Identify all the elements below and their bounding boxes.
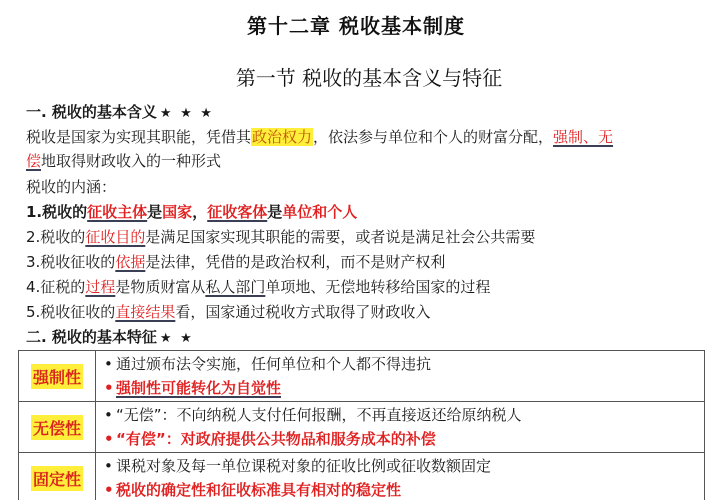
bullet-icon: • [104,376,116,400]
item-text: 是法律，凭借的是政治权利，而不是财产权利 [145,253,445,271]
bullet-item-key: •税收的确定性和征收标准具有相对的稳定性 [96,478,704,500]
key-term-2: 征收客体 [207,203,267,221]
highlight-political-power: 政治权力 [251,128,313,146]
item-text: 是 [147,203,162,221]
definition-text-end: 地取得财政收入的一种形式 [41,152,221,170]
bullet-icon: • [104,403,116,427]
definition-text: 税收是国家为实现其职能，凭借其 [26,128,251,146]
table-row: 固定性 •课税对象及每一单位课税对象的征收比例或征收数额固定 •税收的确定性和征… [19,453,705,500]
features-table: 强制性 •通过颁布法令实施，任何单位和个人都不得违抗 •强制性可能转化为自觉性 … [18,350,705,500]
connotation-item-3: 3.税收征收的依据是法律，凭借的是政治权利，而不是财产权利 [26,251,445,273]
bullet-text: 税收的确定性和征收标准具有相对的稳定性 [116,481,401,499]
item-text: 是物质财富从 [115,278,205,296]
bullet-text: 通过颁布法令实施，任何单位和个人都不得违抗 [116,355,431,373]
bullet-icon: • [104,352,116,376]
bullet-item: •课税对象及每一单位课税对象的征收比例或征收数额固定 [96,454,704,478]
feature-name-cell: 无偿性 [19,402,96,453]
key-term: 过程 [85,278,115,296]
item-prefix: 1.税收的 [26,203,87,221]
connotation-item-4: 4.征税的过程是物质财富从私人部门单项地、无偿地转移给国家的过程 [26,276,490,298]
definition-line-1: 税收是国家为实现其职能，凭借其政治权力，依法参与单位和个人的财富分配，强制、无 [26,126,613,148]
bullet-text: “有偿”：对政府提供公共物品和服务成本的补偿 [116,430,436,448]
bullet-item-key: •“有偿”：对政府提供公共物品和服务成本的补偿 [96,427,704,451]
bullet-icon: • [104,478,116,500]
section-title: 第一节 税收的基本含义与特征 [0,62,712,91]
item-prefix: 4.征税的 [26,278,85,296]
bullet-icon: • [104,427,116,451]
item-prefix: 5.税收征收的 [26,303,115,321]
key-term: 依据 [115,253,145,271]
item-text: 看，国家通过税收方式取得了财政收入 [175,303,430,321]
key-term: 直接结果 [115,303,175,321]
feature-name-cell: 固定性 [19,453,96,500]
part1-heading: 一. 税收的基本含义★ ★ ★ [26,101,214,125]
part2-heading-text: 二. 税收的基本特征 [26,328,157,346]
bullet-item: •“无偿”：不向纳税人支付任何报酬，不再直接返还给原纳税人 [96,403,704,427]
feature-name: 固定性 [31,466,83,491]
item-text: 是满足国家实现其职能的需要，或者说是满足社会公共需要 [145,228,535,246]
bullet-icon: • [104,454,116,478]
bullet-text: 强制性可能转化为自觉性 [116,379,281,397]
feature-desc-cell: •“无偿”：不向纳税人支付任何报酬，不再直接返还给原纳税人 •“有偿”：对政府提… [96,402,705,453]
red-term-compensation: 偿 [26,152,41,170]
key-term: 征收目的 [85,228,145,246]
item-prefix: 3.税收征收的 [26,253,115,271]
feature-name: 无偿性 [31,415,83,440]
table-row: 强制性 •通过颁布法令实施，任何单位和个人都不得违抗 •强制性可能转化为自觉性 [19,351,705,402]
underlined-term: 私人部门 [205,278,265,296]
part2-heading: 二. 税收的基本特征★ ★ [26,326,194,350]
item-text-2: 是 [267,203,282,221]
part1-heading-text: 一. 税收的基本含义 [26,103,157,121]
stars-icon: ★ ★ [160,331,194,346]
bullet-text: “无偿”：不向纳税人支付任何报酬，不再直接返还给原纳税人 [116,406,522,424]
connotation-item-5: 5.税收征收的直接结果看，国家通过税收方式取得了财政收入 [26,301,430,323]
value-term: 国家 [162,203,192,221]
bullet-item: •通过颁布法令实施，任何单位和个人都不得违抗 [96,352,704,376]
red-term-coercive: 强制、无 [553,128,613,146]
connotation-label: 税收的内涵： [26,176,116,198]
key-term: 征收主体 [87,203,147,221]
feature-name-cell: 强制性 [19,351,96,402]
stars-icon: ★ ★ ★ [160,106,214,121]
value-term-2: 单位和个人 [282,203,357,221]
item-text-end: 单项地、无偿地转移给国家的过程 [265,278,490,296]
connotation-item-2: 2.税收的征收目的是满足国家实现其职能的需要，或者说是满足社会公共需要 [26,226,535,248]
feature-desc-cell: •课税对象及每一单位课税对象的征收比例或征收数额固定 •税收的确定性和征收标准具… [96,453,705,500]
item-prefix: 2.税收的 [26,228,85,246]
definition-text-mid: ，依法参与单位和个人的财富分配， [313,128,553,146]
bullet-item-key: •强制性可能转化为自觉性 [96,376,704,400]
definition-line-2: 偿地取得财政收入的一种形式 [26,150,221,172]
feature-name: 强制性 [31,364,83,389]
chapter-title: 第十二章 税收基本制度 [0,10,712,39]
feature-desc-cell: •通过颁布法令实施，任何单位和个人都不得违抗 •强制性可能转化为自觉性 [96,351,705,402]
item-sep: ， [192,203,207,221]
bullet-text: 课税对象及每一单位课税对象的征收比例或征收数额固定 [116,457,491,475]
table-row: 无偿性 •“无偿”：不向纳税人支付任何报酬，不再直接返还给原纳税人 •“有偿”：… [19,402,705,453]
connotation-item-1: 1.税收的征收主体是国家，征收客体是单位和个人 [26,201,357,223]
